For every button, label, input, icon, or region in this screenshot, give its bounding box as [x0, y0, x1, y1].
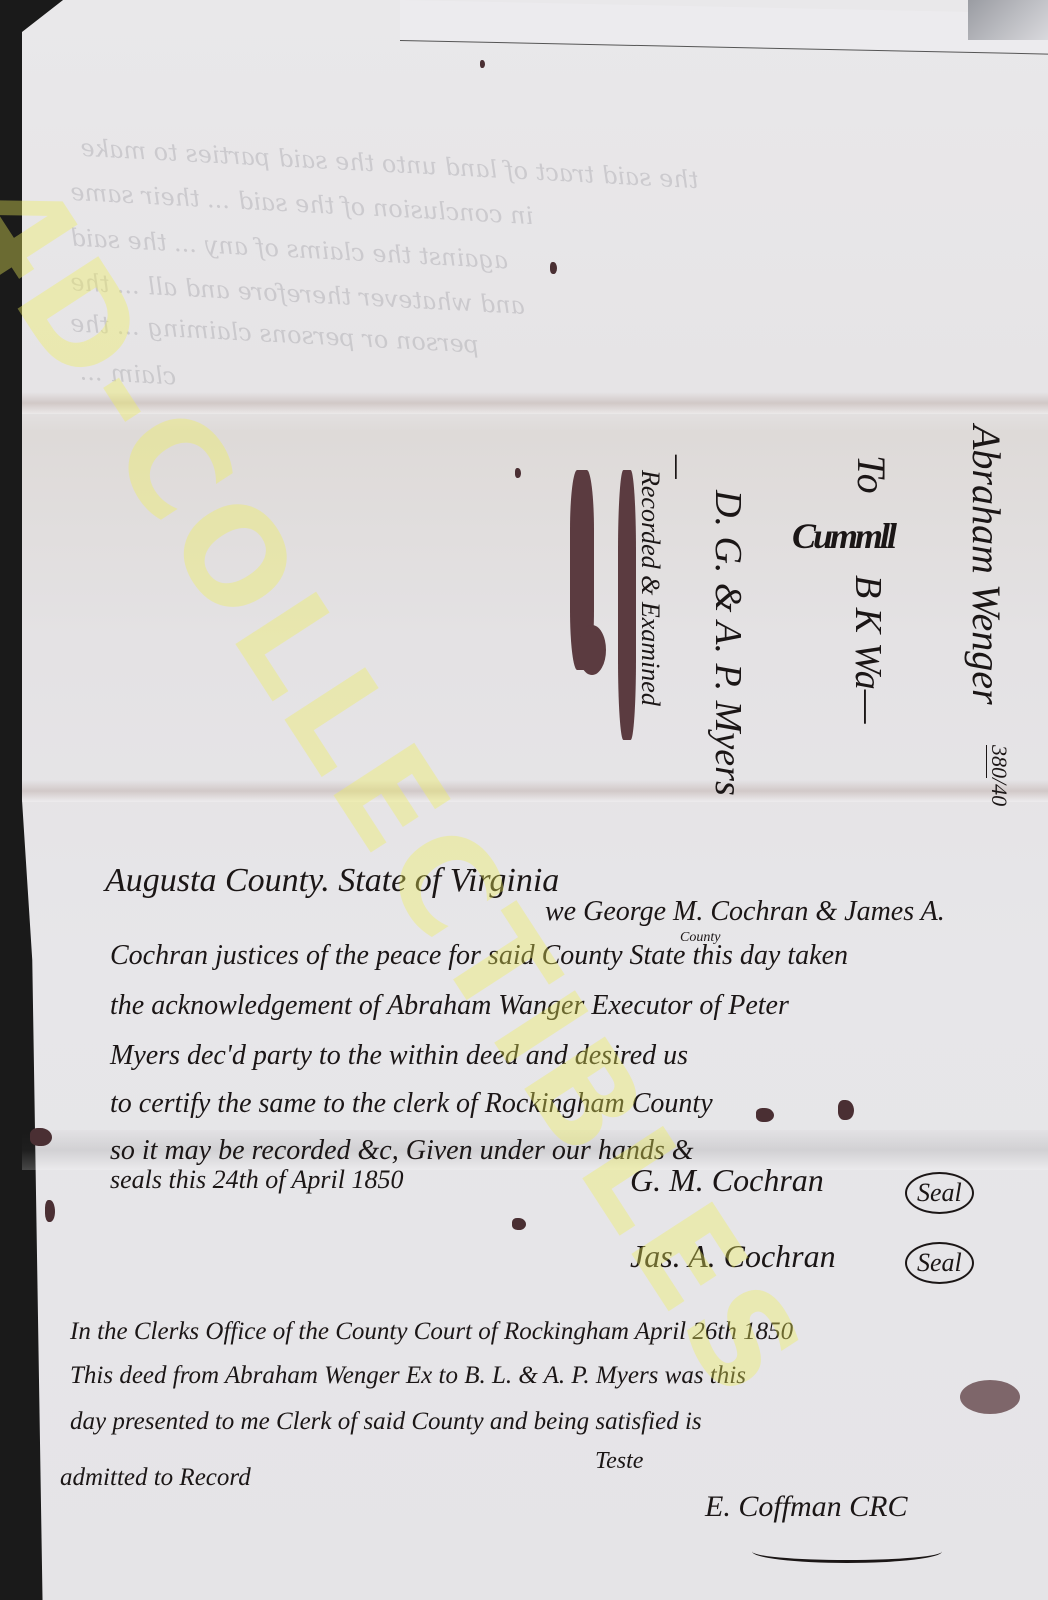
clerk-signature: E. Coffman CRC [705, 1490, 908, 1524]
bleed-through-line: claim ... [79, 357, 177, 390]
docket-recorded-examined: Recorded & Examined [635, 470, 665, 706]
ink-blot [838, 1100, 854, 1120]
seal-2: Seal [905, 1242, 974, 1284]
docket-dash: — [663, 455, 690, 479]
certificate-line: the acknowledgement of Abraham Wanger Ex… [110, 990, 789, 1022]
docket-grantee-1: B K Wa— [846, 575, 890, 724]
flourish-signature: Cummll [792, 515, 894, 557]
certificate-line: to certify the same to the clerk of Rock… [110, 1088, 713, 1120]
ink-blot [756, 1108, 774, 1122]
clerk-note-line: day presented to me Clerk of said County… [70, 1408, 702, 1436]
ink-stain [960, 1380, 1020, 1414]
fold-crease [22, 780, 1048, 802]
certificate-line: Myers dec'd party to the within deed and… [110, 1040, 688, 1072]
ink-blot [30, 1128, 52, 1146]
clerk-note-line: admitted to Record [60, 1464, 251, 1492]
clerk-teste: Teste [595, 1448, 643, 1475]
docket-number-top: 380 [986, 745, 1012, 778]
ink-blot [45, 1200, 55, 1222]
certificate-line: so it may be recorded &c, Given under ou… [110, 1135, 694, 1167]
ink-blot [512, 1218, 526, 1230]
ink-speck [480, 60, 485, 68]
certificate-date-line: seals this 24th of April 1850 [110, 1165, 404, 1195]
clerk-note-line: In the Clerks Office of the County Court… [70, 1318, 793, 1346]
ink-speck [515, 468, 521, 478]
corner-shadow [968, 0, 1048, 40]
ink-blot [578, 625, 606, 675]
ink-strike [618, 470, 636, 740]
docket-number: 380/40 [988, 745, 1010, 806]
certificate-line: Cochran justices of the peace for said C… [110, 940, 848, 972]
certificate-line: Augusta County. State of Virginia [105, 862, 559, 900]
docket-grantee-2: D. G. & A. P. Myers [706, 490, 750, 796]
docket-number-bottom: 40 [987, 784, 1012, 806]
ink-speck [550, 262, 557, 274]
docket-to: To [848, 455, 895, 494]
fold-crease [22, 392, 1048, 414]
docket-grantor: Abraham Wenger [963, 425, 1010, 705]
signature-jas-cochran: Jas. A. Cochran [630, 1238, 836, 1275]
seal-1: Seal [905, 1172, 974, 1214]
clerk-note-line: This deed from Abraham Wenger Ex to B. L… [70, 1362, 746, 1390]
signature-flourish [752, 1540, 942, 1563]
certificate-line: we George M. Cochran & James A. [545, 896, 945, 928]
signature-gm-cochran: G. M. Cochran [630, 1162, 824, 1199]
